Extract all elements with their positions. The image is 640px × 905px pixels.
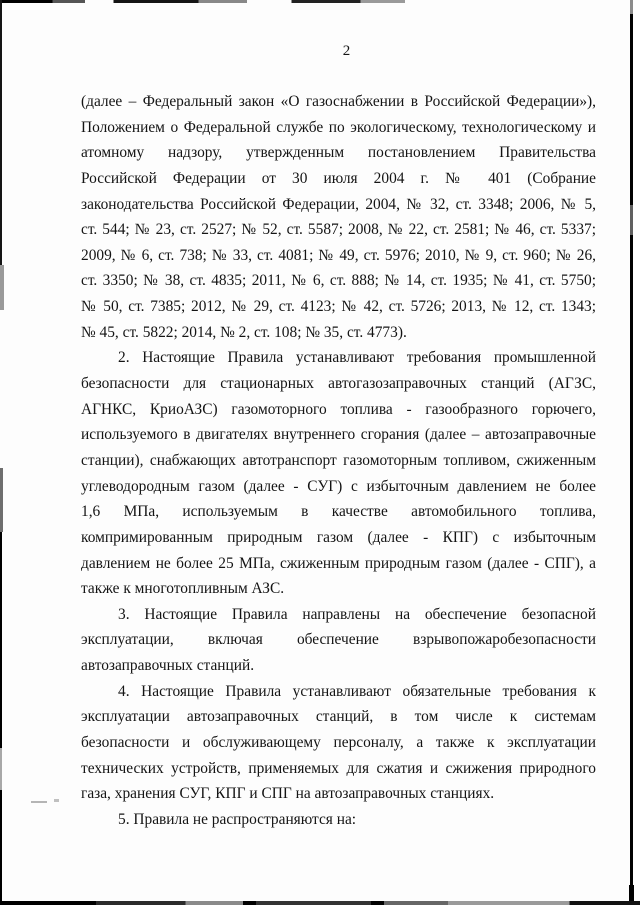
- text-line: 1,6 МПа, используемым в качестве автомоб…: [81, 499, 596, 525]
- text-line: газа, хранения СУГ, КПГ и СПГ на автозап…: [81, 781, 596, 807]
- text-line: безопасности для стационарных автогазоза…: [81, 371, 596, 397]
- scan-artifact-left-edge: [0, 748, 2, 790]
- text-line: 3. Настоящие Правила направлены на обесп…: [81, 602, 596, 628]
- scan-artifact-right-edge: [630, 205, 633, 235]
- text-line: 2. Настоящие Правила устанавливают требо…: [81, 345, 596, 371]
- text-line: станции), снабжающих автотранспорт газом…: [81, 448, 596, 474]
- scan-artifact-speck: [31, 801, 47, 803]
- text-line: компримированным природным газом (далее …: [81, 525, 596, 551]
- document-page: 2 (далее – Федеральный закон «О газоснаб…: [0, 0, 640, 905]
- scan-artifact-left-edge: [0, 532, 2, 905]
- text-line: эксплуатации, включая обеспечение взрыво…: [81, 627, 596, 653]
- text-line: № 50, ст. 7385; 2012, № 29, ст. 4123; № …: [81, 294, 596, 320]
- scan-artifact-right-edge: [630, 0, 633, 14]
- text-line: давлением не более 25 МПа, сжиженным при…: [81, 551, 596, 577]
- text-line: № 45, ст. 5822; 2014, № 2, ст. 108; № 35…: [81, 320, 596, 346]
- text-line: Положением о Федеральной службе по эколо…: [81, 115, 596, 141]
- text-line: 4. Настоящие Правила устанавливают обяза…: [81, 679, 596, 705]
- text-line: автозаправочных станций.: [81, 653, 596, 679]
- text-line: 2009, № 6, ст. 738; № 33, ст. 4081; № 49…: [81, 243, 596, 269]
- scan-artifact-left-edge: [0, 265, 4, 310]
- text-line: ст. 3350; № 38, ст. 4835; 2011, № 6, ст.…: [81, 268, 596, 294]
- text-line: (далее – Федеральный закон «О газоснабже…: [81, 89, 596, 115]
- page-number: 2: [89, 43, 604, 60]
- text-line: АГНКС, КриоАЗС) газомоторного топлива - …: [81, 397, 596, 423]
- text-line: законодательства Российской Федерации, 2…: [81, 192, 596, 218]
- text-line: атомному надзору, утвержденным постановл…: [81, 140, 596, 166]
- scan-artifact-right-edge: [629, 885, 634, 905]
- text-line: также к многотопливным АЗС.: [81, 576, 596, 602]
- text-line: используемого в двигателях внутреннего с…: [81, 422, 596, 448]
- scan-artifact-right-edge: [630, 2, 633, 905]
- text-line: Российской Федерации от 30 июля 2004 г. …: [81, 166, 596, 192]
- scan-artifact-speck: [54, 799, 59, 802]
- scanned-document-screenshot: { "page": { "number": "2", "paragraphs":…: [0, 0, 640, 905]
- text-line: углеводородным газом (далее - СУГ) с изб…: [81, 474, 596, 500]
- text-line: 5. Правила не распространяются на:: [81, 807, 596, 833]
- text-block: (далее – Федеральный закон «О газоснабже…: [81, 89, 596, 833]
- text-line: безопасности и обслуживающему персоналу,…: [81, 730, 596, 756]
- scan-artifact-top-edge: [0, 0, 405, 3]
- scan-artifact-left-edge: [0, 468, 3, 532]
- text-line: эксплуатации автозаправочных станций, в …: [81, 704, 596, 730]
- text-line: ст. 544; № 23, ст. 2527; № 52, ст. 5587;…: [81, 217, 596, 243]
- scan-artifact-left-edge: [0, 0, 2, 265]
- text-line: технических устройств, применяемых для с…: [81, 756, 596, 782]
- scan-artifact-bottom-edge: [0, 901, 640, 905]
